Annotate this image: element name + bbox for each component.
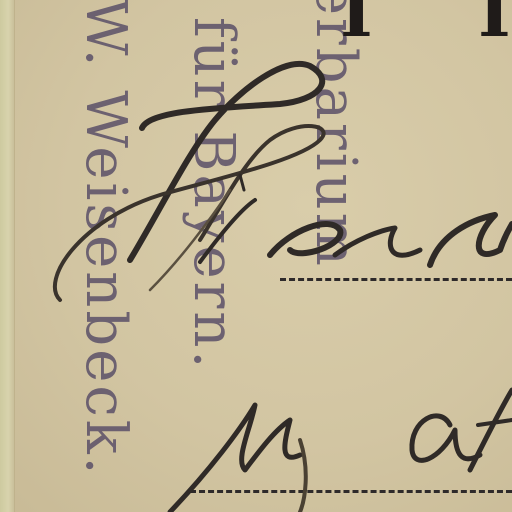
handwriting-ink [0,0,512,512]
